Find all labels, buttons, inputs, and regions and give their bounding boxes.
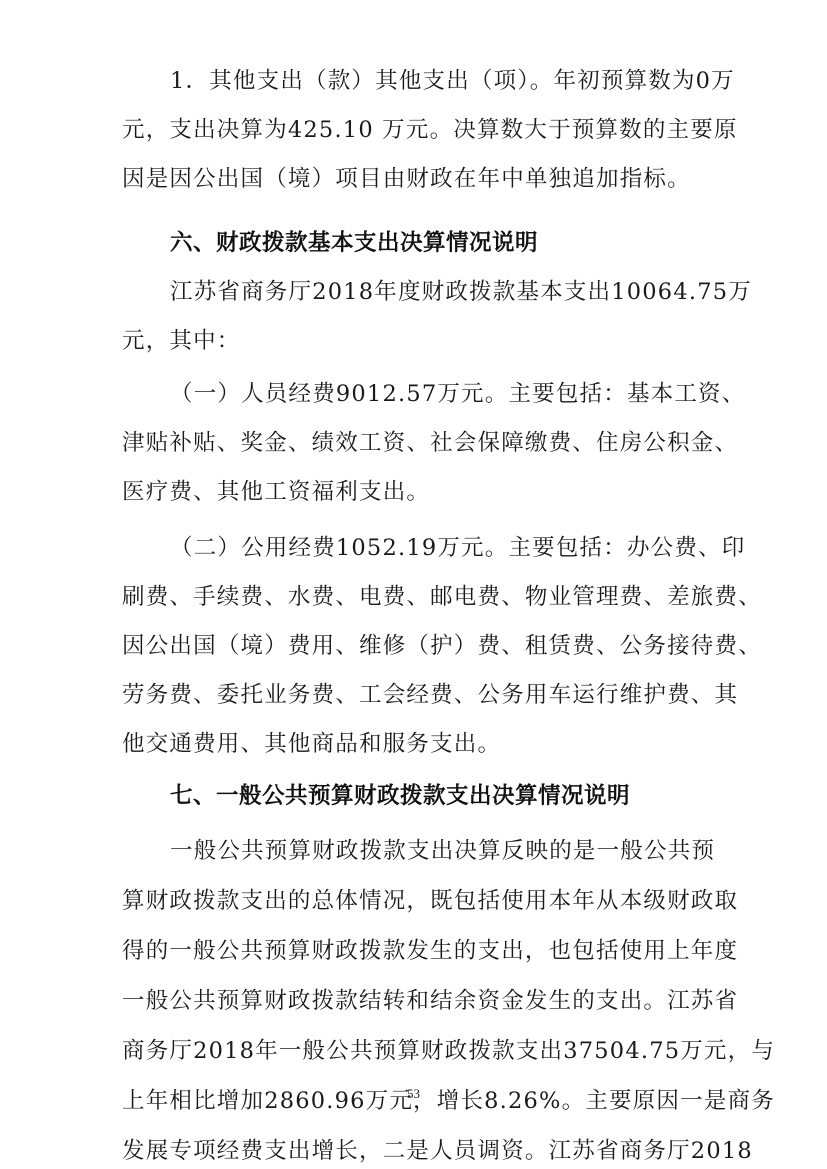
paragraph-line: 刷费、手续费、水费、电费、邮电费、物业管理费、差旅费、 [122,582,707,612]
page-number: 53 [0,1086,827,1102]
paragraph-line: 医疗费、其他工资福利支出。 [122,477,707,507]
paragraph-line: 劳务费、委托业务费、工会经费、公务用车运行维护费、其 [122,680,707,710]
document-page: 1．其他支出（款）其他支出（项）。年初预算数为0万 元，支出决算为425.10 … [0,0,827,1169]
paragraph-line: 发展专项经费支出增长，二是人员调资。江苏省商务厅2018 [122,1136,707,1166]
paragraph-line: 商务厅2018年一般公共预算财政拨款支出37504.75万元，与 [122,1036,707,1066]
paragraph-line: 元，支出决算为425.10 万元。决算数大于预算数的主要原 [122,115,707,145]
paragraph-line: 津贴补贴、奖金、绩效工资、社会保障缴费、住房公积金、 [122,428,707,458]
section-heading-6: 六、财政拨款基本支出决算情况说明 [170,228,538,258]
paragraph-line: 一般公共预算财政拨款结转和结余资金发生的支出。江苏省 [122,986,707,1016]
paragraph-line: 江苏省商务厅2018年度财政拨款基本支出10064.75万 [170,277,707,307]
paragraph-line: 一般公共预算财政拨款支出决算反映的是一般公共预 [170,836,707,866]
paragraph-line: 1．其他支出（款）其他支出（项）。年初预算数为0万 [170,66,707,96]
section-heading-7: 七、一般公共预算财政拨款支出决算情况说明 [170,781,630,811]
paragraph-line: （二）公用经费1052.19万元。主要包括：办公费、印 [170,533,707,563]
paragraph-line: 算财政拨款支出的总体情况，既包括使用本年从本级财政取 [122,886,707,916]
paragraph-line: 因是因公出国（境）项目由财政在年中单独追加指标。 [122,164,707,194]
paragraph-line: （一）人员经费9012.57万元。主要包括：基本工资、 [170,379,707,409]
paragraph-line: 他交通费用、其他商品和服务支出。 [122,729,707,759]
paragraph-line: 得的一般公共预算财政拨款发生的支出，也包括使用上年度 [122,936,707,966]
paragraph-line: 元，其中： [122,326,707,356]
paragraph-line: 因公出国（境）费用、维修（护）费、租赁费、公务接待费、 [122,631,707,661]
